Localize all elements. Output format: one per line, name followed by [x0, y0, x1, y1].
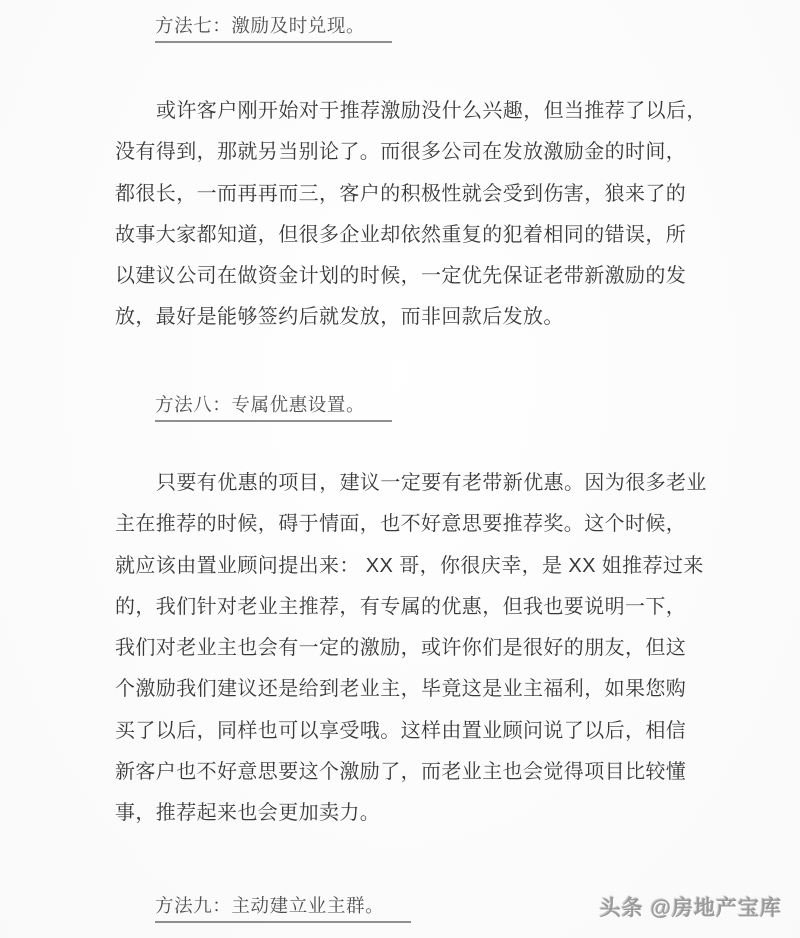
paragraph-line: 没有得到，那就另当别论了。而很多公司在发放激励金的时间， [115, 132, 755, 173]
article-page: { "page": { "background_color": "#fcfcfc… [0, 0, 800, 938]
paragraph-line: 我们对老业主也会有一定的激励，或许你们是很好的朋友，但这 [115, 628, 755, 669]
paragraph-line: 的，我们针对老业主推荐，有专属的优惠，但我也要说明一下， [115, 587, 755, 628]
paragraph-method7: 或许客户刚开始对于推荐激励没什么兴趣，但当推荐了以后， 没有得到，那就另当别论了… [115, 91, 755, 339]
section-heading-method9-text: 方法九：主动建立业主群。 [155, 893, 411, 923]
section-heading-method8-text: 方法八：专属优惠设置。 [155, 392, 392, 422]
paragraph-line: 放，最好是能够签约后就发放，而非回款后发放。 [115, 297, 755, 338]
paragraph-line: 故事大家都知道，但很多企业却依然重复的犯着相同的错误，所 [115, 215, 755, 256]
section-heading-method7: 方法七：激励及时兑现。 [155, 13, 392, 43]
section-heading-method9: 方法九：主动建立业主群。 [155, 893, 411, 923]
toutiao-watermark: 头条 @房地产宝库 [600, 892, 782, 922]
paragraph-line: 新客户也不好意思要这个激励了，而老业主也会觉得项目比较懂 [115, 752, 755, 793]
paragraph-line: 都很长，一而再再而三，客户的积极性就会受到伤害，狼来了的 [115, 174, 755, 215]
paragraph-line: 以建议公司在做资金计划的时候，一定优先保证老带新激励的发 [115, 256, 755, 297]
paragraph-line: 主在推荐的时候，碍于情面，也不好意思要推荐奖。这个时候， [115, 504, 755, 545]
paragraph-line: 只要有优惠的项目，建议一定要有老带新优惠。因为很多老业 [115, 463, 755, 504]
paragraph-line: 买了以后，同样也可以享受哦。这样由置业顾问说了以后，相信 [115, 711, 755, 752]
paragraph-line: 就应该由置业顾问提出来： XX 哥，你很庆幸，是 XX 姐推荐过来 [115, 546, 755, 587]
section-heading-method7-text: 方法七：激励及时兑现。 [155, 13, 392, 43]
paragraph-line: 事，推荐起来也会更加卖力。 [115, 793, 755, 834]
paragraph-method8: 只要有优惠的项目，建议一定要有老带新优惠。因为很多老业 主在推荐的时候，碍于情面… [115, 463, 755, 835]
section-heading-method8: 方法八：专属优惠设置。 [155, 392, 392, 422]
paragraph-line: 个激励我们建议还是给到老业主，毕竟这是业主福利，如果您购 [115, 669, 755, 710]
paragraph-line: 或许客户刚开始对于推荐激励没什么兴趣，但当推荐了以后， [115, 91, 755, 132]
